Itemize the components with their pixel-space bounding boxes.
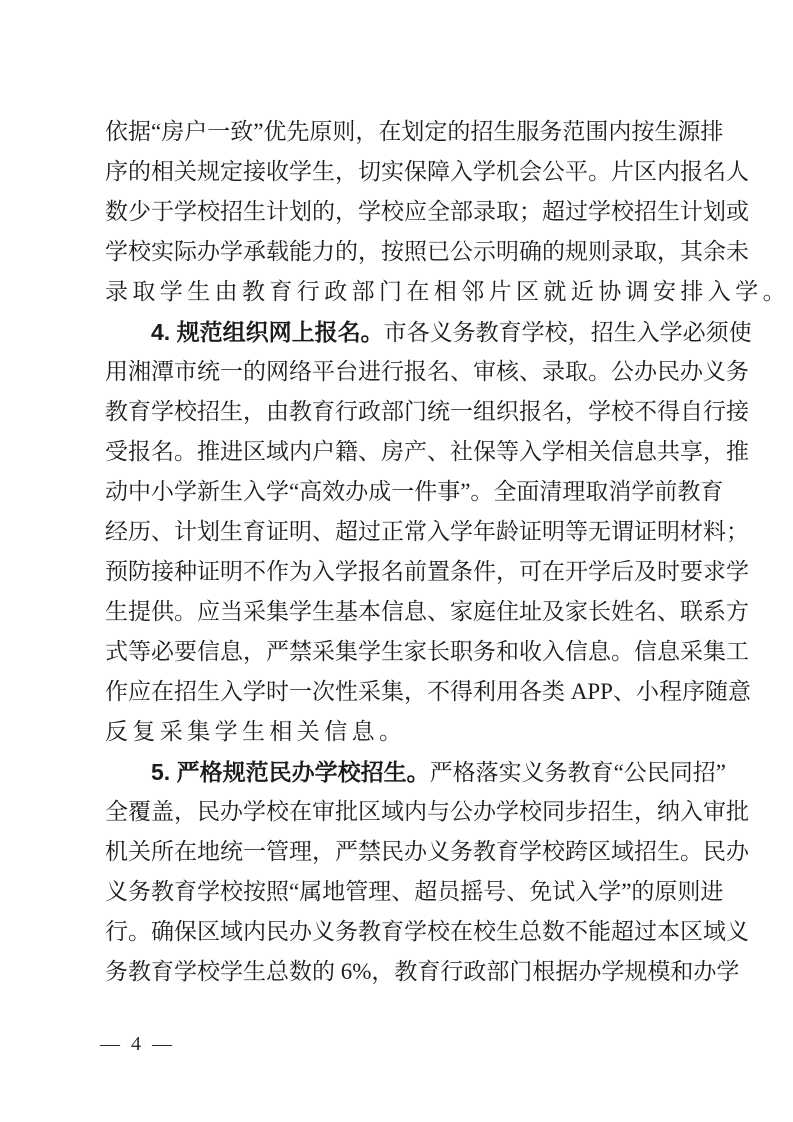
line-text: 预防接种证明不作为入学报名前置条件，可在开学后及时要求学 xyxy=(105,559,749,584)
line-text: 务教育学校学生总数的 6%，教育行政部门根据办学规模和办学 xyxy=(105,959,739,984)
line-text: 受报名。推进区域内户籍、房产、社保等入学相关信息共享，推 xyxy=(105,439,749,464)
item-5-heading: 5. 严格规范民办学校招生。 xyxy=(151,759,430,785)
text-line: 作应在招生入学时一次性采集，不得利用各类 APP、小程序随意 xyxy=(105,672,707,712)
text-line: 依据“房户一致”优先原则，在划定的招生服务范围内按生源排 xyxy=(105,112,707,152)
line-text: 机关所在地统一管理，严禁民办义务教育学校跨区域招生。民办 xyxy=(105,839,749,864)
text-line: 全覆盖，民办学校在审批区域内与公办学校同步招生，纳入审批 xyxy=(105,792,707,832)
text-line: 生提供。应当采集学生基本信息、家庭住址及家长姓名、联系方 xyxy=(105,592,707,632)
line-text: 作应在招生入学时一次性采集，不得利用各类 APP、小程序随意 xyxy=(105,679,751,704)
text-line: 式等必要信息，严禁采集学生家长职务和收入信息。信息采集工 xyxy=(105,632,707,672)
text-line-item-5-heading: 5. 严格规范民办学校招生。严格落实义务教育“公民同招” xyxy=(105,752,707,792)
line-text: 教育学校招生，由教育行政部门统一组织报名，学校不得自行接 xyxy=(105,399,749,424)
text-line: 受报名。推进区域内户籍、房产、社保等入学相关信息共享，推 xyxy=(105,432,707,472)
line-text: 录取学生由教育行政部门在相邻片区就近协调安排入学。 xyxy=(105,279,790,304)
line-text: 全覆盖，民办学校在审批区域内与公办学校同步招生，纳入审批 xyxy=(105,799,749,824)
text-line-item-4-heading: 4. 规范组织网上报名。市各义务教育学校，招生入学必须使 xyxy=(105,312,707,352)
text-line: 录取学生由教育行政部门在相邻片区就近协调安排入学。 xyxy=(105,272,707,312)
text-line: 教育学校招生，由教育行政部门统一组织报名，学校不得自行接 xyxy=(105,392,707,432)
line-text: 学校实际办学承载能力的，按照已公示明确的规则录取，其余未 xyxy=(105,239,749,264)
line-text: 反复采集学生相关信息。 xyxy=(105,719,406,744)
line-text: 数少于学校招生计划的，学校应全部录取；超过学校招生计划或 xyxy=(105,199,749,224)
text-line: 反复采集学生相关信息。 xyxy=(105,712,707,752)
document-page: 依据“房户一致”优先原则，在划定的招生服务范围内按生源排 序的相关规定接收学生，… xyxy=(0,0,793,1122)
line-text: 依据“房户一致”优先原则，在划定的招生服务范围内按生源排 xyxy=(105,119,723,144)
item-4-heading: 4. 规范组织网上报名。 xyxy=(151,319,384,345)
text-line: 经历、计划生育证明、超过正常入学年龄证明等无谓证明材料； xyxy=(105,512,707,552)
line-text: 严格落实义务教育“公民同招” xyxy=(430,760,726,785)
line-text: 经历、计划生育证明、超过正常入学年龄证明等无谓证明材料； xyxy=(105,519,749,544)
text-line: 预防接种证明不作为入学报名前置条件，可在开学后及时要求学 xyxy=(105,552,707,592)
line-text: 动中小学新生入学“高效办成一件事”。全面清理取消学前教育 xyxy=(105,479,723,504)
text-line: 动中小学新生入学“高效办成一件事”。全面清理取消学前教育 xyxy=(105,472,707,512)
text-line: 序的相关规定接收学生，切实保障入学机会公平。片区内报名人 xyxy=(105,152,707,192)
line-text: 序的相关规定接收学生，切实保障入学机会公平。片区内报名人 xyxy=(105,159,749,184)
text-line: 机关所在地统一管理，严禁民办义务教育学校跨区域招生。民办 xyxy=(105,832,707,872)
line-text: 式等必要信息，严禁采集学生家长职务和收入信息。信息采集工 xyxy=(105,639,749,664)
line-text: 行。确保区域内民办义务教育学校在校生总数不能超过本区域义 xyxy=(105,919,749,944)
line-text: 义务教育学校按照“属地管理、超员摇号、免试入学”的原则进 xyxy=(105,879,723,904)
text-line: 学校实际办学承载能力的，按照已公示明确的规则录取，其余未 xyxy=(105,232,707,272)
text-line: 务教育学校学生总数的 6%，教育行政部门根据办学规模和办学 xyxy=(105,952,707,992)
text-line: 用湘潭市统一的网络平台进行报名、审核、录取。公办民办义务 xyxy=(105,352,707,392)
line-text: 生提供。应当采集学生基本信息、家庭住址及家长姓名、联系方 xyxy=(105,599,749,624)
line-text: 用湘潭市统一的网络平台进行报名、审核、录取。公办民办义务 xyxy=(105,359,749,384)
line-text: 市各义务教育学校，招生入学必须使 xyxy=(384,320,752,345)
page-number: — 4 — xyxy=(100,1030,175,1058)
text-line: 数少于学校招生计划的，学校应全部录取；超过学校招生计划或 xyxy=(105,192,707,232)
text-line: 行。确保区域内民办义务教育学校在校生总数不能超过本区域义 xyxy=(105,912,707,952)
document-body-text: 依据“房户一致”优先原则，在划定的招生服务范围内按生源排 序的相关规定接收学生，… xyxy=(105,112,707,992)
text-line: 义务教育学校按照“属地管理、超员摇号、免试入学”的原则进 xyxy=(105,872,707,912)
